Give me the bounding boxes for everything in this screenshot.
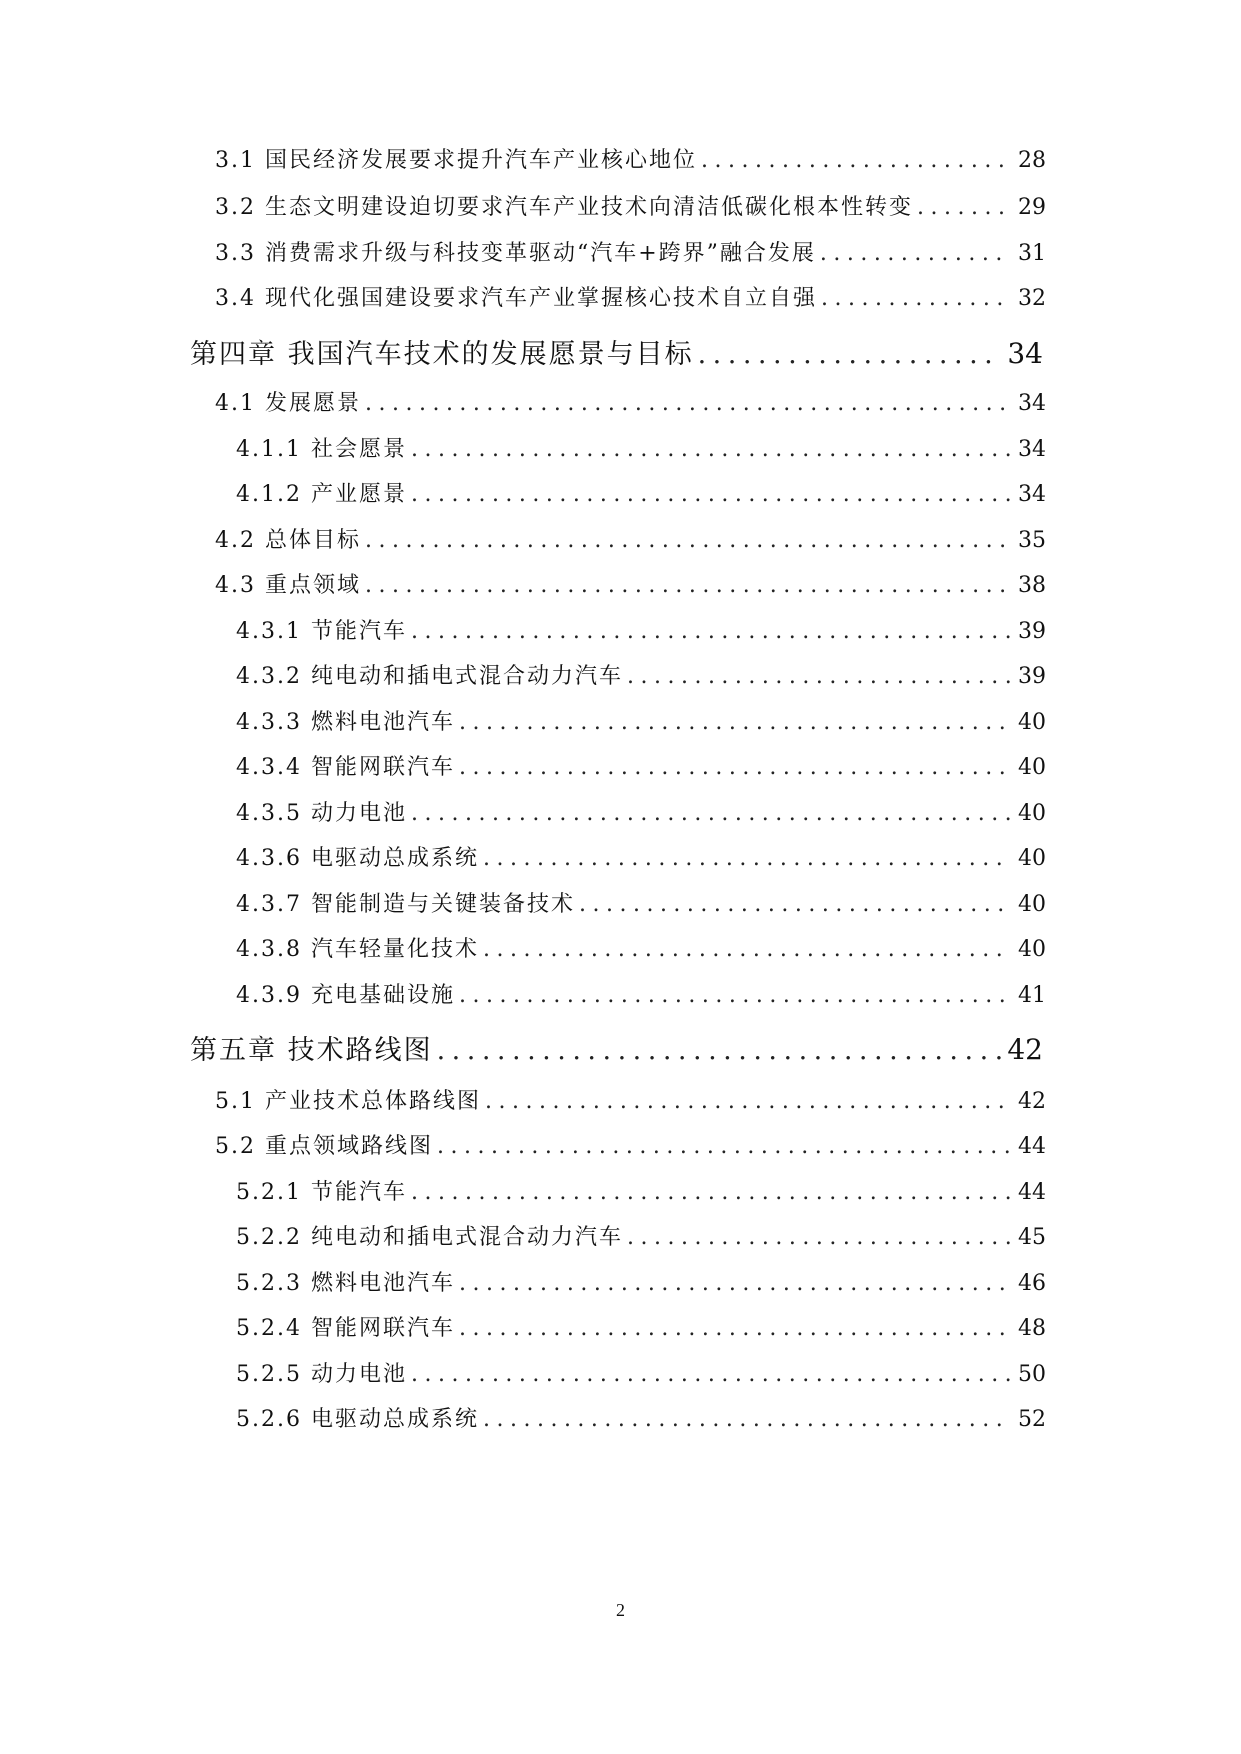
toc-entry-label: 5.2.6 电驱动总成系统 — [236, 1402, 479, 1433]
dot-leader — [627, 664, 1010, 689]
toc-entry-label: 5.2 重点领域路线图 — [215, 1129, 433, 1160]
toc-entry-page: 39 — [1016, 664, 1046, 689]
dot-leader — [411, 482, 1010, 507]
toc-entry-4-3-3[interactable]: 4.3.3 燃料电池汽车 40 — [236, 705, 1046, 736]
page-number: 2 — [0, 1600, 1241, 1621]
toc-entry-label: 4.3.4 智能网联汽车 — [236, 750, 455, 781]
toc-entry-page: 48 — [1016, 1316, 1046, 1341]
toc-entry-page: 52 — [1016, 1407, 1046, 1432]
toc-entry-page: 34 — [1016, 482, 1046, 507]
dot-leader — [459, 1271, 1010, 1296]
toc-entry-label: 4.3.8 汽车轻量化技术 — [236, 932, 479, 963]
toc-entry-page: 29 — [1016, 195, 1046, 220]
toc-entry-label: 5.2.4 智能网联汽车 — [236, 1311, 455, 1342]
toc-entry-4-3-1[interactable]: 4.3.1 节能汽车 39 — [236, 614, 1046, 645]
dot-leader — [917, 195, 1010, 220]
dot-leader — [579, 892, 1010, 917]
toc-entry-label: 3.3 消费需求升级与科技变革驱动“汽车+跨界”融合发展 — [215, 236, 816, 267]
toc-entry-label: 4.3.1 节能汽车 — [236, 614, 407, 645]
dot-leader — [485, 1089, 1010, 1114]
dot-leader — [411, 1362, 1010, 1387]
toc-entry-3-2[interactable]: 3.2 生态文明建设迫切要求汽车产业技术向清洁低碳化根本性转变 29 — [215, 190, 1046, 221]
toc-entry-4-3-9[interactable]: 4.3.9 充电基础设施 41 — [236, 978, 1046, 1009]
toc-entry-4-1-1[interactable]: 4.1.1 社会愿景 34 — [236, 432, 1046, 463]
toc-entry-page: 45 — [1016, 1225, 1046, 1250]
toc-entry-page: 35 — [1016, 528, 1046, 553]
dot-leader — [411, 801, 1010, 826]
toc-entry-3-3[interactable]: 3.3 消费需求升级与科技变革驱动“汽车+跨界”融合发展 31 — [215, 236, 1046, 267]
dot-leader — [365, 573, 1010, 598]
dot-leader — [821, 286, 1010, 311]
toc-entry-label: 4.1 发展愿景 — [215, 386, 361, 417]
toc-entry-label: 5.2.1 节能汽车 — [236, 1175, 407, 1206]
toc-entry-page: 31 — [1016, 241, 1046, 266]
toc-entry-page: 34 — [1016, 391, 1046, 416]
toc-entry-chapter-4[interactable]: 第四章 我国汽车技术的发展愿景与目标 34 — [190, 332, 1043, 371]
toc-entry-3-1[interactable]: 3.1 国民经济发展要求提升汽车产业核心地位 28 — [215, 143, 1046, 174]
toc-entry-page: 42 — [1007, 1033, 1043, 1066]
dot-leader — [820, 241, 1010, 266]
toc-entry-5-2-6[interactable]: 5.2.6 电驱动总成系统 52 — [236, 1402, 1046, 1433]
dot-leader — [483, 1407, 1010, 1432]
toc-entry-page: 40 — [1016, 892, 1046, 917]
dot-leader — [365, 528, 1010, 553]
dot-leader — [437, 1134, 1010, 1159]
toc-entry-page: 50 — [1016, 1362, 1046, 1387]
toc-entry-page: 32 — [1016, 286, 1046, 311]
toc-entry-label: 5.2.2 纯电动和插电式混合动力汽车 — [236, 1220, 623, 1251]
toc-entry-label: 3.1 国民经济发展要求提升汽车产业核心地位 — [215, 143, 697, 174]
toc-entry-page: 41 — [1016, 983, 1046, 1008]
toc-entry-page: 42 — [1016, 1089, 1046, 1114]
toc-entry-label: 4.2 总体目标 — [215, 523, 361, 554]
toc-entry-label: 5.1 产业技术总体路线图 — [215, 1084, 481, 1115]
toc-entry-5-2-5[interactable]: 5.2.5 动力电池 50 — [236, 1357, 1046, 1388]
dot-leader — [437, 1035, 1002, 1066]
toc-entry-5-2-1[interactable]: 5.2.1 节能汽车 44 — [236, 1175, 1046, 1206]
toc-entry-label: 4.1.1 社会愿景 — [236, 432, 407, 463]
toc-entry-page: 40 — [1016, 801, 1046, 826]
toc-entry-5-2-2[interactable]: 5.2.2 纯电动和插电式混合动力汽车 45 — [236, 1220, 1046, 1251]
dot-leader — [483, 937, 1010, 962]
toc-entry-4-3-7[interactable]: 4.3.7 智能制造与关键装备技术 40 — [236, 887, 1046, 918]
toc-entry-page: 40 — [1016, 846, 1046, 871]
toc-entry-page: 40 — [1016, 710, 1046, 735]
toc-entry-label: 4.3.6 电驱动总成系统 — [236, 841, 479, 872]
toc-entry-page: 38 — [1016, 573, 1046, 598]
toc-entry-label: 4.3.9 充电基础设施 — [236, 978, 455, 1009]
toc-entry-page: 44 — [1016, 1180, 1046, 1205]
toc-entry-label: 3.2 生态文明建设迫切要求汽车产业技术向清洁低碳化根本性转变 — [215, 190, 913, 221]
toc-entry-page: 44 — [1016, 1134, 1046, 1159]
toc-entry-label: 4.3.2 纯电动和插电式混合动力汽车 — [236, 659, 623, 690]
toc-entry-page: 40 — [1016, 937, 1046, 962]
toc-entry-4-3-4[interactable]: 4.3.4 智能网联汽车 40 — [236, 750, 1046, 781]
dot-leader — [701, 148, 1010, 173]
toc-entry-5-2[interactable]: 5.2 重点领域路线图 44 — [215, 1129, 1046, 1160]
toc-entry-5-2-3[interactable]: 5.2.3 燃料电池汽车 46 — [236, 1266, 1046, 1297]
toc-entry-chapter-5[interactable]: 第五章 技术路线图 42 — [190, 1028, 1043, 1067]
toc-entry-page: 39 — [1016, 619, 1046, 644]
dot-leader — [411, 619, 1010, 644]
dot-leader — [365, 391, 1010, 416]
toc-entry-page: 34 — [1007, 337, 1043, 370]
toc-entry-label: 5.2.3 燃料电池汽车 — [236, 1266, 455, 1297]
toc-entry-5-1[interactable]: 5.1 产业技术总体路线图 42 — [215, 1084, 1046, 1115]
toc-entry-4-3-2[interactable]: 4.3.2 纯电动和插电式混合动力汽车 39 — [236, 659, 1046, 690]
toc-entry-label: 4.3.5 动力电池 — [236, 796, 407, 827]
dot-leader — [459, 1316, 1010, 1341]
toc-entry-label: 5.2.5 动力电池 — [236, 1357, 407, 1388]
dot-leader — [459, 710, 1010, 735]
toc-entry-label: 4.3.3 燃料电池汽车 — [236, 705, 455, 736]
dot-leader — [459, 755, 1010, 780]
toc-entry-page: 28 — [1016, 148, 1046, 173]
toc-entry-label: 第五章 技术路线图 — [190, 1028, 433, 1067]
toc-entry-label: 4.1.2 产业愿景 — [236, 477, 407, 508]
toc-entry-page: 46 — [1016, 1271, 1046, 1296]
toc-entry-4-3-5[interactable]: 4.3.5 动力电池 40 — [236, 796, 1046, 827]
toc-entry-page: 34 — [1016, 437, 1046, 462]
toc-entry-label: 4.3 重点领域 — [215, 568, 361, 599]
dot-leader — [627, 1225, 1010, 1250]
toc-entry-5-2-4[interactable]: 5.2.4 智能网联汽车 48 — [236, 1311, 1046, 1342]
dot-leader — [698, 339, 1002, 370]
toc-entry-page: 40 — [1016, 755, 1046, 780]
dot-leader — [459, 983, 1010, 1008]
dot-leader — [411, 437, 1010, 462]
dot-leader — [411, 1180, 1010, 1205]
toc-entry-4-3[interactable]: 4.3 重点领域 38 — [215, 568, 1046, 599]
toc-entry-label: 4.3.7 智能制造与关键装备技术 — [236, 887, 575, 918]
toc-entry-4-1-2[interactable]: 4.1.2 产业愿景 34 — [236, 477, 1046, 508]
toc-entry-4-2[interactable]: 4.2 总体目标 35 — [215, 523, 1046, 554]
dot-leader — [483, 846, 1010, 871]
toc-entry-4-1[interactable]: 4.1 发展愿景 34 — [215, 386, 1046, 417]
toc-entry-4-3-6[interactable]: 4.3.6 电驱动总成系统 40 — [236, 841, 1046, 872]
toc-entry-label: 3.4 现代化强国建设要求汽车产业掌握核心技术自立自强 — [215, 281, 817, 312]
toc-entry-label: 第四章 我国汽车技术的发展愿景与目标 — [190, 332, 694, 371]
toc-entry-4-3-8[interactable]: 4.3.8 汽车轻量化技术 40 — [236, 932, 1046, 963]
toc-entry-3-4[interactable]: 3.4 现代化强国建设要求汽车产业掌握核心技术自立自强 32 — [215, 281, 1046, 312]
